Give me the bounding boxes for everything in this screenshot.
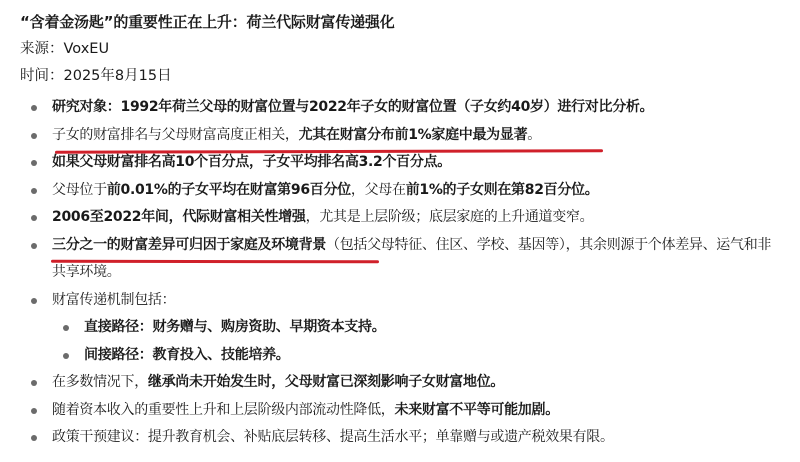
list-item-text: 研究对象：1992年荷兰父母的财富位置与2022年子女的财富位置（子女约40岁）… [52, 99, 653, 115]
list-item: 财富传递机制包括： 直接路径：财务赠与、购房资助、早期资本支持。 间接路径：教育… [20, 287, 790, 370]
sub-list-item: 直接路径：财务赠与、购房资助、早期资本支持。 [52, 314, 790, 342]
list-item-text: 。 [527, 127, 541, 143]
list-item-text: 子女的财富排名与父母财富高度正相关， [52, 127, 299, 143]
article: “含着金汤匙”的重要性正在上升：荷兰代际财富传递强化 来源：VoxEU 时间：2… [20, 8, 790, 452]
sub-list-item-text: 间接路径：教育投入、技能培养。 [84, 347, 290, 363]
article-source: 来源：VoxEU [20, 36, 790, 63]
list-item-text: 在多数情况下， [52, 374, 148, 390]
list-item-text: ，父母在 [351, 182, 406, 198]
list-item-text: 如果父母财富排名高10个百分点，子女平均排名高3.2个百分点。 [52, 154, 451, 170]
time-label: 时间： [20, 68, 64, 84]
list-item-text-bold: 前1%的子女则在第82百分位。 [406, 182, 599, 198]
list-item-text-bold: 继承尚未开始发生时，父母财富已深刻影响子女财富地位。 [148, 374, 504, 390]
time-value: 2025年8月15日 [64, 68, 172, 84]
list-item: 子女的财富排名与父母财富高度正相关，尤其在财富分布前1%家庭中最为显著。 [20, 122, 790, 150]
list-item-text: 随着资本收入的重要性上升和上层阶级内部流动性降低， [52, 402, 395, 418]
list-item-text-bold: 三分之一的财富差异可归因于家庭及环境背景 [52, 237, 326, 253]
article-time: 时间：2025年8月15日 [20, 63, 790, 90]
sub-list-item-text: 直接路径：财务赠与、购房资助、早期资本支持。 [84, 319, 385, 335]
list-item: 政策干预建议：提升教育机会、补贴底层转移、提高生活水平；单靠赠与或遗产税效果有限… [20, 424, 790, 452]
list-item: 2006至2022年间，代际财富相关性增强，尤其是上层阶级；底层家庭的上升通道变… [20, 204, 790, 232]
list-item: 研究对象：1992年荷兰父母的财富位置与2022年子女的财富位置（子女约40岁）… [20, 94, 790, 122]
list-item: 父母位于前0.01%的子女平均在财富第96百分位，父母在前1%的子女则在第82百… [20, 177, 790, 205]
list-item-text-bold: 未来财富不平等可能加剧。 [395, 402, 559, 418]
list-item-text: 父母位于 [52, 182, 107, 198]
list-item: 在多数情况下，继承尚未开始发生时，父母财富已深刻影响子女财富地位。 [20, 369, 790, 397]
sub-list-item: 间接路径：教育投入、技能培养。 [52, 342, 790, 370]
list-item-text-bold: 2006至2022年间，代际财富相关性增强 [52, 209, 306, 225]
list-item-text: ，尤其是上层阶级；底层家庭的上升通道变窄。 [306, 209, 594, 225]
article-title: “含着金汤匙”的重要性正在上升：荷兰代际财富传递强化 [20, 8, 790, 36]
list-item-text: 政策干预建议：提升教育机会、补贴底层转移、提高生活水平；单靠赠与或遗产税效果有限… [52, 429, 614, 445]
key-points-list: 研究对象：1992年荷兰父母的财富位置与2022年子女的财富位置（子女约40岁）… [20, 94, 790, 452]
list-item-text-bold: 尤其在财富分布前1%家庭中最为显著 [299, 127, 528, 143]
list-item-text-bold: 前0.01%的子女平均在财富第96百分位 [107, 182, 351, 198]
source-value: VoxEU [64, 41, 110, 57]
source-label: 来源： [20, 41, 64, 57]
list-item-text: 财富传递机制包括： [52, 292, 175, 308]
list-item: 随着资本收入的重要性上升和上层阶级内部流动性降低，未来财富不平等可能加剧。 [20, 397, 790, 425]
red-underline-annotation [51, 260, 379, 264]
mechanism-sublist: 直接路径：财务赠与、购房资助、早期资本支持。 间接路径：教育投入、技能培养。 [52, 314, 790, 369]
